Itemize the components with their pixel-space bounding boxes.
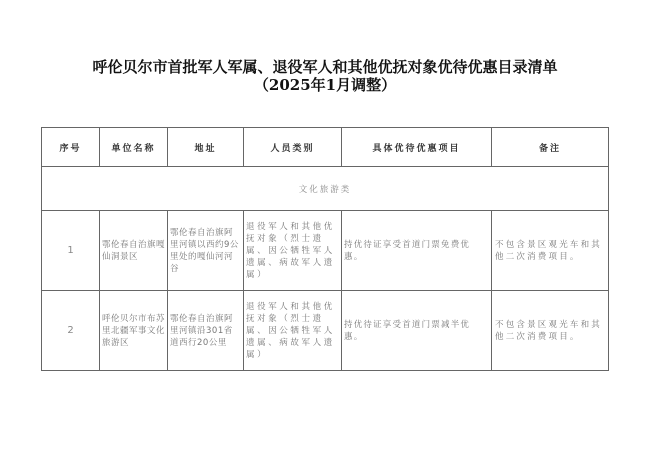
row-benefit: 持优待证享受首道门票减半优惠。 — [342, 291, 492, 371]
header-index: 序号 — [42, 128, 100, 167]
row-address: 鄂伦春自治旗阿里河镇以西约9公里处的嘎仙河河谷 — [168, 211, 244, 291]
header-address: 地址 — [168, 128, 244, 167]
table-row: 1 鄂伦春自治旗嘎仙洞景区 鄂伦春自治旗阿里河镇以西约9公里处的嘎仙河河谷 退役… — [42, 211, 609, 291]
category-row: 文化旅游类 — [42, 167, 609, 211]
header-unit-name: 单位名称 — [100, 128, 168, 167]
benefits-table: 序号 单位名称 地址 人员类别 具体优待优惠项目 备注 文化旅游类 1 鄂伦春自… — [41, 127, 609, 371]
title-block: 呼伦贝尔市首批军人军属、退役军人和其他优抚对象优待优惠目录清单 （2025年1月… — [0, 58, 650, 94]
row-unit-name: 鄂伦春自治旗嘎仙洞景区 — [100, 211, 168, 291]
row-index: 2 — [42, 291, 100, 371]
header-notes: 备注 — [492, 128, 609, 167]
row-address: 鄂伦春自治旗阿里河镇沿301省道西行20公里 — [168, 291, 244, 371]
row-personnel-type: 退役军人和其他优抚对象（烈士遗属、因公牺牲军人遗属、病故军人遗属） — [244, 291, 342, 371]
header-benefit-items: 具体优待优惠项目 — [342, 128, 492, 167]
header-personnel-type: 人员类别 — [244, 128, 342, 167]
row-personnel-type: 退役军人和其他优抚对象（烈士遗属、因公牺牲军人遗属、病故军人遗属） — [244, 211, 342, 291]
table-header-row: 序号 单位名称 地址 人员类别 具体优待优惠项目 备注 — [42, 128, 609, 167]
row-benefit: 持优待证享受首道门票免费优惠。 — [342, 211, 492, 291]
document-title: 呼伦贝尔市首批军人军属、退役军人和其他优抚对象优待优惠目录清单 — [0, 58, 650, 76]
category-label: 文化旅游类 — [42, 167, 609, 211]
row-index: 1 — [42, 211, 100, 291]
row-unit-name: 呼伦贝尔市布苏里北疆军事文化旅游区 — [100, 291, 168, 371]
row-note: 不包含景区观光车和其他二次消费项目。 — [492, 211, 609, 291]
table-row: 2 呼伦贝尔市布苏里北疆军事文化旅游区 鄂伦春自治旗阿里河镇沿301省道西行20… — [42, 291, 609, 371]
document-subtitle: （2025年1月调整） — [0, 76, 650, 94]
row-note: 不包含景区观光车和其他二次消费项目。 — [492, 291, 609, 371]
